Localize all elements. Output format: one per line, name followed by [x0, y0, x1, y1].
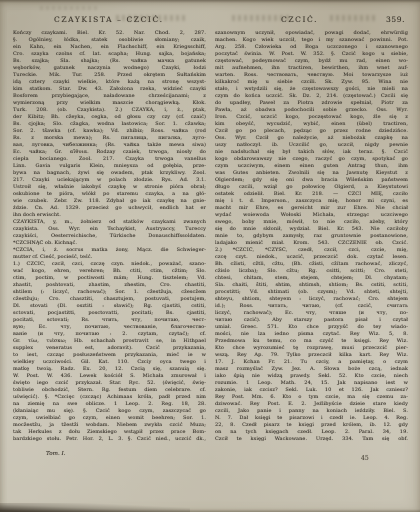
text-line: читаю czcić). Aby starszy pastora pisał …: [215, 317, 408, 324]
text-line: *CZCIA, i, ż. socrus matka żony, Mącz. d…: [13, 247, 206, 254]
text-line: Ustroił się, właśnie iakobyś czaykę w st…: [13, 184, 206, 191]
text-line: macht mir Ehre, es gereicht mir zur Ehre…: [215, 205, 408, 212]
scan-bottom-left-shadow: [0, 503, 190, 512]
text-line: rozumie. 1 Leop. Math. 24, 15. Jak napis…: [215, 380, 408, 387]
text-line: matkę twoią. Radz. Ex. 20, 12. Czcią się…: [13, 366, 206, 373]
text-line: id.); Ross. читать, читаю, (cf. czcić, с…: [215, 303, 408, 310]
text-line: ladajako mienić miał. Krom. 543. CZCZENI…: [215, 240, 408, 247]
text-line: ciepła bocianego. Zool. 217. Czayka trwo…: [13, 156, 206, 163]
text-line: stało, i wstydzili się, że częstowawszy …: [215, 86, 408, 93]
text-line: masz rozmyślać Zyw. Jez. A. Słowa boże c…: [215, 366, 408, 373]
text-line: Olgierdem; gdy się oni dwa bracia Wileńs…: [215, 177, 408, 184]
text-line: czcę czyt. niedok., uczcić, przeczcić do…: [215, 254, 408, 261]
sheet-signature: 45: [361, 455, 369, 462]
text-line: Oss. Wyr. Czcił go należycie, aż nieboża…: [215, 135, 408, 142]
text-line: czym, uwielbiać go czym, einen womit bee…: [13, 415, 206, 422]
text-line: Bs. szajka; Sla. shajka; (Rs. чайка мачк…: [13, 58, 206, 65]
text-line: wymierzoną przy wielkim maszcie chorągie…: [13, 100, 206, 107]
text-line: czaykista. Oss. Wyr. ein Tschaykist, Aus…: [13, 226, 206, 233]
text-line: shteyu, shtiom, shteyem : liczyć, rachow…: [215, 296, 408, 303]
text-line: liczyć, rachować); Ec. чту, чтяше (и чту…: [215, 310, 408, 317]
text-line: wszą. Rey Ap. 79. Tylko przeczcił kilka …: [215, 352, 408, 359]
text-line: ваніе (и чту, почитаю : 2. czytam, czyta…: [13, 331, 206, 338]
text-line: długo czcili, wziął go połowicę Olgierd,…: [215, 184, 408, 191]
text-line: 2.) *CZCIĆ, *CZYŚĆ, czedł, czcił, czci, …: [215, 247, 408, 254]
text-line: warten. Ross. чествовать, чевствую. Moi …: [215, 72, 408, 79]
text-line: N. 7. Dał księgi te pisarzowi i czedł ie…: [215, 415, 408, 422]
text-line: iako śpią nie widzą prawdy. Sekl. 52. Kt…: [215, 373, 408, 380]
text-line: nie nadsłuchał się był takich słów, iak …: [215, 149, 408, 156]
text-line: W. Post. W. 436. Lewek kościół S. Michał…: [13, 373, 206, 380]
text-line: sctovati, pocjastitti, posctovatti, poci…: [13, 310, 206, 317]
text-line: was Gutes anbieten. Zwolnili się na Jawn…: [215, 170, 408, 177]
scanned-dictionary-page: CZAYKISTA – CZCIĆ. CZCIĆ. 359. Kończy cz…: [0, 0, 420, 512]
text-line: kim obeyść, wycudzić, wybić, einen (übel…: [215, 121, 408, 128]
text-line: zakonie, iak czcisz? Sekl. Luk. 10 et 12…: [215, 387, 408, 394]
text-line: mutter cf. Cieść, pocieść, teść.: [13, 254, 206, 261]
text-line: częstować, podeymować czym, bydź mu rad,…: [215, 58, 408, 65]
text-line: mit aufnehmen, ihn tractiren, bewirthen,…: [215, 65, 408, 72]
text-line: Dl. stovati (Dl. osztiti : sławić); Rg. …: [13, 303, 206, 310]
text-line: Sla. chaiti, štiti, shtim, shtimsh, shti…: [215, 282, 408, 289]
text-line: ctim, poctim, w poctiwosti mám; Hung. ti…: [13, 275, 206, 282]
text-line: Pawła, aż obadwa podochocili sobie grzec…: [215, 107, 408, 114]
text-line: Tureckie. Mik. Tur. 258. Przed okrętem S…: [13, 72, 206, 79]
text-line: CZAYKISTA, y, m., żołnierz od statków cz…: [13, 219, 206, 226]
text-line: wie czubek. Zebr. Zw. 118. Zdybał go iak…: [13, 198, 206, 205]
text-line: ostatek odzielił. Biel. Kr. 218. — CZCI …: [215, 191, 408, 198]
text-line: kilkakroć mię u siebie czcili. Sk. Żyw. …: [215, 79, 408, 86]
text-line: on na tych księgach czedł. Leop. 2. Para…: [215, 429, 408, 436]
text-line: to iest, czcząc posłuszeństwem przykazan…: [13, 352, 206, 359]
scan-top-edge: [0, 0, 420, 3]
text-line: szanownym uczynił, opowiadać, powagi dod…: [215, 30, 408, 37]
text-line: вую; Ec. чту, почитаю, чествованіе, благ…: [13, 324, 206, 331]
text-line: 217. Czayki uciekającym w polach złodzie…: [13, 177, 206, 184]
text-line: oskubione te pióra, wlókł po staremu cza…: [13, 191, 206, 198]
text-line: Arg. 258. Człowieka od Boga uczczonego i…: [215, 44, 408, 51]
text-line: mnie to, gdybym zamysły, raz gruntownie …: [215, 233, 408, 240]
text-line: Cro. szayka czolns cf. lat. scapha; Hung…: [13, 51, 206, 58]
text-line: tak Herkules z dołu Ziemskiego wstąpił p…: [13, 429, 206, 436]
text-line: czym do końca uczcić. Sk. Dz. 2, 214. (c…: [215, 93, 408, 100]
text-line: ihn doch erwischt.: [13, 212, 206, 219]
text-line: bywa na bagnach, żywi się owadem, ptak k…: [13, 170, 206, 177]
text-line: kogo obdarowawszy nie czego, raczyć go c…: [215, 156, 408, 163]
text-line: wielkiey uczciwości. Gil. Kat. 110. Czci…: [13, 359, 206, 366]
text-line: dziwować. Rey Post. E. 2. Jeźlibyście dz…: [215, 401, 408, 408]
text-line: вая, луговка, чибезжинка; (Rs. чайка tak…: [13, 142, 206, 149]
text-line: shtilem (: liczyć, rachować); Sor. 1. cž…: [13, 289, 206, 296]
text-line: 17. J. Kchan Fr. 21. Tu czciy, a pamięta…: [215, 359, 408, 366]
text-line: mię i t. d. Imperson., zaszczyca mię, ho…: [215, 198, 408, 205]
text-line: ein Kahn, ein Nachen, ein Flachschiff, e…: [13, 44, 206, 51]
text-line: mości, nie lza iedno pisma czytać. Rey W…: [215, 331, 408, 338]
bleed-through-smudge: [330, 15, 378, 21]
text-line: 22, 8. Czedł pisarz te księgi przed król…: [215, 422, 408, 429]
text-line: wydać woiewoda Wołoski Michała, strzegąc…: [215, 212, 408, 219]
text-line: czaykiści, Oesterreichische, Türkische D…: [13, 233, 206, 240]
text-line: Gr. τίω, τιέσκω; Hb. schachah prostravit…: [13, 338, 206, 345]
text-line: uświęcić). §. *Czcięc (czcząc) Achimaas …: [13, 394, 206, 401]
bleed-through-smudge: [40, 6, 100, 10]
text-line: na ziemię na swe oblicze. 1 Leop. 2. Reg…: [13, 401, 206, 408]
text-line: poczytać świnia. W. Post. W. 352. §. Czc…: [215, 51, 408, 58]
text-line: supplex veneratus est, adoravit). Czcić …: [13, 345, 206, 352]
text-line: umiał. Greec. 571. Kto chce przyyść do t…: [215, 324, 408, 331]
text-line: 1.) CZCIĆ, czcił, czci, czczę czyn. nied…: [13, 261, 206, 268]
text-line: Sor. 2. tšawka (cf. kawka); Vd. zhibiz; …: [13, 128, 206, 135]
text-line: Czcił te księgi Wackowane. Urzęd. 334. T…: [215, 436, 408, 443]
text-line: Iron. Czcić, uczcić kogo, poczęstować ko…: [215, 114, 408, 121]
text-line: cžislo liczba); Slo. cžtu; Rg. csitti, s…: [215, 268, 408, 275]
running-head-right: CZCIĆ.: [281, 15, 318, 24]
text-line: czym uczciwym, einem einen guten Antrag …: [215, 163, 408, 170]
text-line: do upadłey, Paweł za Piotra zdrowie speł…: [215, 100, 408, 107]
text-line: *CZCHNĄĆ ob. Kichnąć.: [13, 240, 206, 247]
left-text-column: Kończy czaykami. Biel. Kr. 52. Nar. Chod…: [13, 30, 206, 443]
text-line: Bs. cjojka; Slo. cžagka, wodna lastowica…: [13, 121, 206, 128]
text-line: pocitati, sctovati; Rs. чтить, чту, почи…: [13, 317, 206, 324]
text-line: Rs. z morska mewa); Rs. пигалица, пигалк…: [13, 135, 206, 142]
text-line: idą cztery czayki wielkie, które każą na…: [13, 79, 206, 86]
text-line: Linn. Gavia vulgaris Klein, mnieysza od …: [13, 163, 206, 170]
text-line: machen. Kogo wiek uczcił, tego i my szan…: [215, 37, 408, 44]
page-number: 359.: [386, 15, 405, 24]
text-line: der Kibitz; Bh. cžeyka, cegka, od głosu …: [13, 114, 206, 121]
text-line: Bosforem przybiegające, naładowane chrze…: [13, 93, 206, 100]
text-line: węborków, gatunek naczynia wodnego) Czay…: [13, 65, 206, 72]
running-head-left: CZAYKISTA – CZCIĆ.: [54, 15, 164, 24]
text-line: Czcił go po plecach, pędząc go przez rod…: [215, 128, 408, 135]
text-line: swego, boby mnie, mówił, to nie czciło, …: [215, 219, 408, 226]
text-line: wać kogo, ehren, verehren; Bh. ctiti, ct…: [13, 268, 206, 275]
text-line: Rey Post. Mm. 6. Kto o tym czcie, ma się…: [215, 394, 408, 401]
text-line: Kto chce wyrozumieć tę rozprawę, musi pr…: [215, 345, 408, 352]
text-line: tobliwie obchodzić, Stern. Rg. festum di…: [13, 387, 206, 394]
text-line: Ec. чайка; Gr. αἴθυια. Rodzay czaiek, tr…: [13, 149, 206, 156]
text-line: się do mnie skłonił, wydział. Biel. Kr. …: [215, 226, 408, 233]
text-line: cžestžuju; Cro. chasztiti, chasztujem, p…: [13, 296, 206, 303]
right-text-column: szanownym uczynił, opowiadać, powagi dod…: [215, 30, 408, 443]
text-line: Przedmowa ku temu, co ma czyść te księgi…: [215, 338, 408, 345]
text-line: kim statkom. Star. Dw. 43. Założona rzek…: [13, 86, 206, 93]
text-line: Bh. cžisti, cžtli, cžtu, (Bh. cžisti, cž…: [215, 261, 408, 268]
text-line: §. Ogólniey, łódka, statek osobliwie sło…: [13, 37, 206, 44]
text-line: (kłaniaiąc mu się). §. Czcić kogo czym, …: [13, 408, 206, 415]
text-line: Kończy czaykami. Biel. Kr. 52. Nar. Chod…: [13, 30, 206, 37]
text-line: ździe. Cn. Ad. 1329. przecież go uchwyci…: [13, 205, 206, 212]
text-line: bardzkiego stołu. Petr. Hor. 2, L. 3. §.…: [13, 436, 206, 443]
volume-mark: Tom. I.: [46, 451, 66, 457]
text-line: mocžestžu, ja tžestži wobdam. Niebem zwy…: [13, 422, 206, 429]
text-line: procstitti; Vd. shtimati (ob. czysm); Vd…: [215, 289, 408, 296]
text-line: święto iego czcić przykazał. Star. Ryc. …: [13, 380, 206, 387]
text-line: uszy natłoczył. ib. Uczcilić go, uczcił,…: [215, 142, 408, 149]
text-line: Turk. 208. (ob. Czaykista). 2.) CZAYKA, …: [13, 107, 206, 114]
text-line: czcili, Jako panie i panny na koniach ie…: [215, 408, 408, 415]
text-line: chtesi, chitam, stem, stejem, chtejem; D…: [215, 275, 408, 282]
text-line: zhastit, poshtovati, zhastim, zhestim, C…: [13, 282, 206, 289]
